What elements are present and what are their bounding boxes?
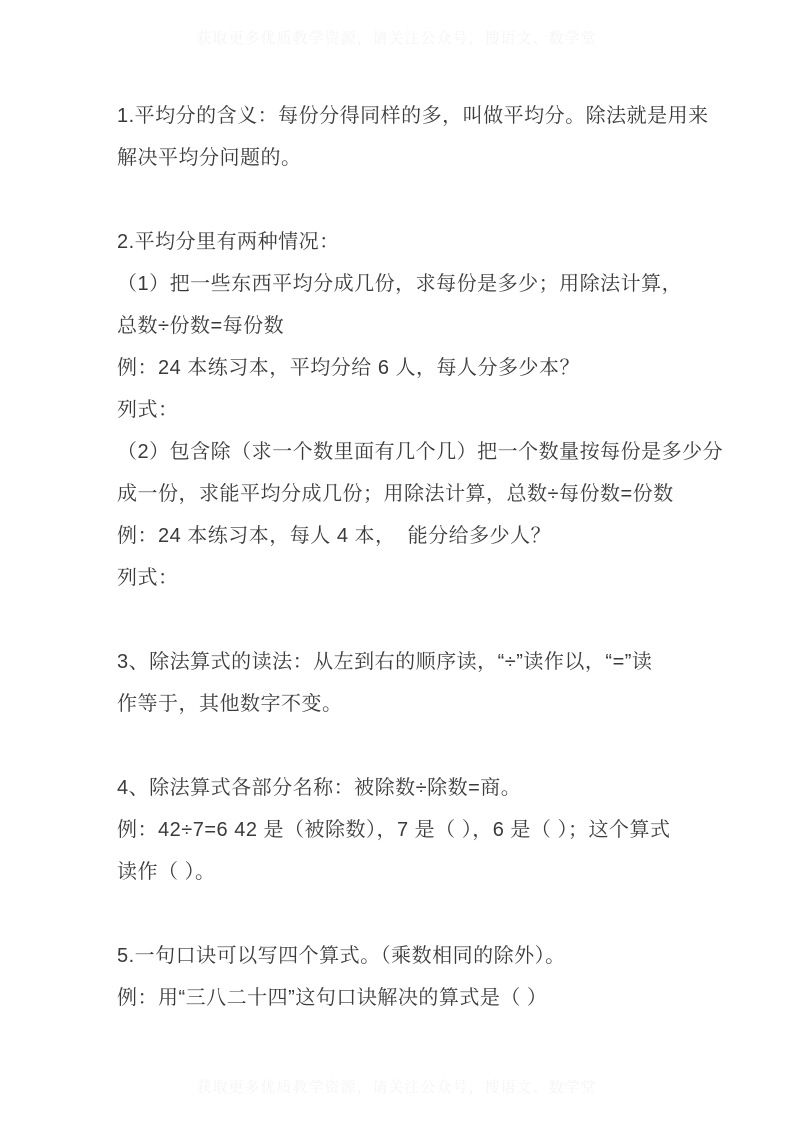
section-reading-rule: 3、除法算式的读法：从左到右的顺序读，“÷”读作以，“=”读 作等于，其他数字不… (117, 641, 738, 725)
text-line: 列式： (117, 389, 738, 431)
text-line: 1.平均分的含义：每份分得同样的多，叫做平均分。除法就是用来 (117, 95, 738, 137)
document-content: 1.平均分的含义：每份分得同样的多，叫做平均分。除法就是用来 解决平均分问题的。… (0, 0, 793, 1019)
text-line: 例：42÷7=6 42 是（被除数），7 是（ ），6 是（ ）；这个算式 (117, 809, 738, 851)
text-line: 列式： (117, 557, 738, 599)
text-line: 作等于，其他数字不变。 (117, 683, 738, 725)
text-line: 解决平均分问题的。 (117, 137, 738, 179)
text-line: 2.平均分里有两种情况： (117, 221, 738, 263)
section-part-names: 4、除法算式各部分名称：被除数÷除数=商。 例：42÷7=6 42 是（被除数）… (117, 767, 738, 893)
text-line: 3、除法算式的读法：从左到右的顺序读，“÷”读作以，“=”读 (117, 641, 738, 683)
section-four-equations: 5.一句口诀可以写四个算式。（乘数相同的除外）。 例：用“三八二十四”这句口诀解… (117, 935, 738, 1019)
text-line: （1）把一些东西平均分成几份，求每份是多少；用除法计算， (117, 263, 738, 305)
text-line: 成一份，求能平均分成几份；用除法计算，总数÷每份数=份数 (117, 473, 738, 515)
text-line: 总数÷份数=每份数 (117, 305, 738, 347)
text-line: 4、除法算式各部分名称：被除数÷除数=商。 (117, 767, 738, 809)
text-line: 例：24 本练习本，平均分给 6 人，每人分多少本？ (117, 347, 738, 389)
text-line: 例：24 本练习本，每人 4 本， 能分给多少人？ (117, 515, 738, 557)
text-line: 读作（ ）。 (117, 851, 738, 893)
text-line: 例：用“三八二十四”这句口诀解决的算式是（ ） (117, 977, 738, 1019)
section-average-meaning: 1.平均分的含义：每份分得同样的多，叫做平均分。除法就是用来 解决平均分问题的。 (117, 95, 738, 179)
document-page: 获取更多优质教学资源，请关注公众号，搜语文、数学堂 1.平均分的含义：每份分得同… (0, 0, 793, 1122)
text-line: 5.一句口诀可以写四个算式。（乘数相同的除外）。 (117, 935, 738, 977)
section-two-cases: 2.平均分里有两种情况： （1）把一些东西平均分成几份，求每份是多少；用除法计算… (117, 221, 738, 599)
watermark-bottom: 获取更多优质教学资源，请关注公众号，搜语文、数学堂 (0, 1076, 793, 1097)
text-line: （2）包含除（求一个数里面有几个几）把一个数量按每份是多少分 (117, 431, 738, 473)
